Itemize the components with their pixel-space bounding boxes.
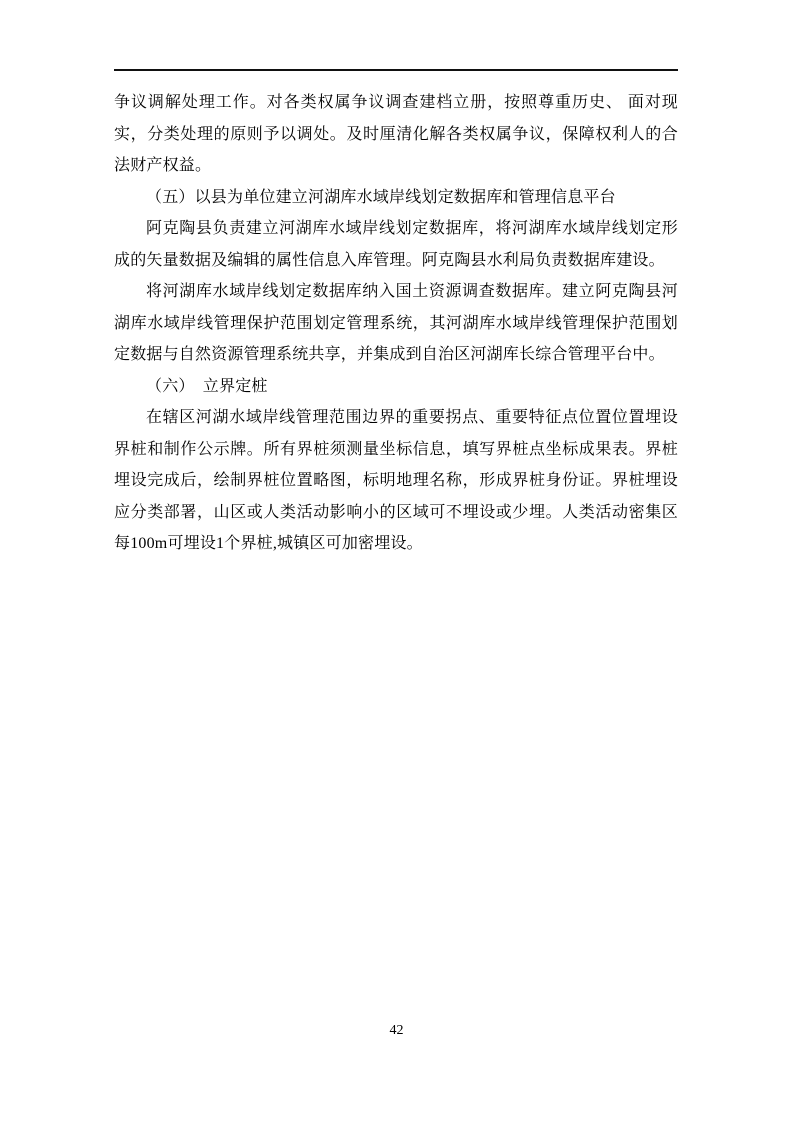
header-rule: [114, 69, 678, 71]
document-page: 争议调解处理工作。对各类权属争议调查建档立册，按照尊重历史、 面对现实，分类处理…: [0, 0, 793, 1122]
paragraph-database-construction: 阿克陶县负责建立河湖库水域岸线划定数据库，将河湖库水域岸线划定形成的矢量数据及编…: [114, 213, 678, 276]
page-number: 42: [0, 1022, 793, 1040]
paragraph-boundary-markers: 在辖区河湖水域岸线管理范围边界的重要拐点、重要特征点位置位置埋设界桩和制作公示牌…: [114, 402, 678, 560]
document-body: 争议调解处理工作。对各类权属争议调查建档立册，按照尊重历史、 面对现实，分类处理…: [114, 87, 678, 560]
paragraph-database-integration: 将河湖库水域岸线划定数据库纳入国土资源调查数据库。建立阿克陶县河湖库水域岸线管理…: [114, 276, 678, 371]
paragraph-dispute-mediation: 争议调解处理工作。对各类权属争议调查建档立册，按照尊重历史、 面对现实，分类处理…: [114, 87, 678, 182]
section-heading-6: （六） 立界定桩: [114, 371, 678, 403]
section-heading-5: （五）以县为单位建立河湖库水域岸线划定数据库和管理信息平台: [114, 182, 678, 214]
